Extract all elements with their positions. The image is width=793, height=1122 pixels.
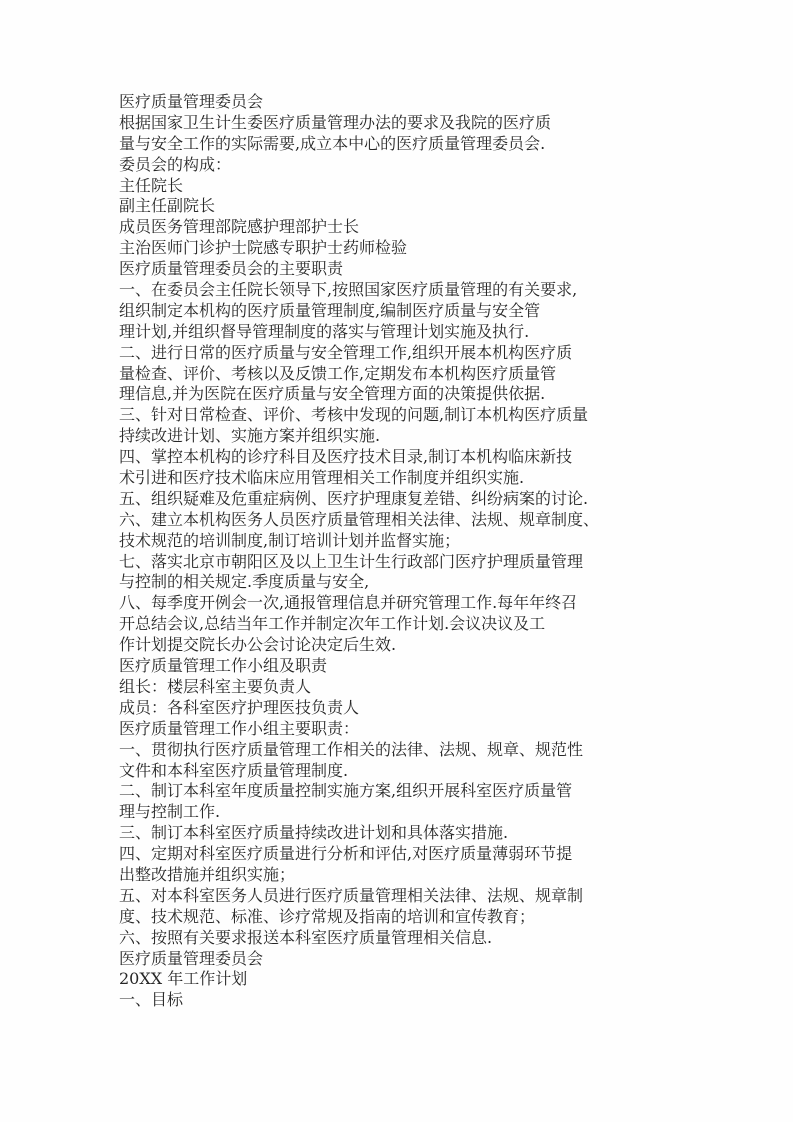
- document-line: 成员：各科室医疗护理医技负责人: [119, 698, 679, 719]
- document-line: 主治医师门诊护士院感专职护士药师检验: [119, 238, 679, 259]
- document-line: 七、落实北京市朝阳区及以上卫生计生行政部门医疗护理质量管理: [119, 552, 679, 573]
- document-line: 三、针对日常检查、评价、考核中发现的问题,制订本机构医疗质量: [119, 405, 679, 426]
- document-line: 术引进和医疗技术临床应用管理相关工作制度并组织实施.: [119, 468, 679, 489]
- document-line: 量检查、评价、考核以及反馈工作,定期发布本机构医疗质量管: [119, 364, 679, 385]
- document-line: 度、技术规范、标准、诊疗常规及指南的培训和宣传教育；: [119, 907, 679, 928]
- document-line: 理信息,并为医院在医疗质量与安全管理方面的决策提供依据.: [119, 384, 679, 405]
- document-line: 理与控制工作.: [119, 802, 679, 823]
- document-line: 副主任副院长: [119, 196, 679, 217]
- document-line: 量与安全工作的实际需要,成立本中心的医疗质量管理委员会.: [119, 134, 679, 155]
- document-line: 根据国家卫生计生委医疗质量管理办法的要求及我院的医疗质: [119, 113, 679, 134]
- document-line: 一、在委员会主任院长领导下,按照国家医疗质量管理的有关要求,: [119, 280, 679, 301]
- document-line: 理计划,并组织督导管理制度的落实与管理计划实施及执行.: [119, 322, 679, 343]
- document-line: 二、进行日常的医疗质量与安全管理工作,组织开展本机构医疗质: [119, 343, 679, 364]
- document-line: 持续改进计划、实施方案并组织实施.: [119, 426, 679, 447]
- document-line: 开总结会议,总结当年工作并制定次年工作计划.会议决议及工: [119, 614, 679, 635]
- document-line: 与控制的相关规定.季度质量与安全,: [119, 572, 679, 593]
- document-line: 六、建立本机构医务人员医疗质量管理相关法律、法规、规章制度、: [119, 510, 679, 531]
- document-line: 医疗质量管理委员会: [119, 92, 679, 113]
- document-line: 技术规范的培训制度,制订培训计划并监督实施；: [119, 531, 679, 552]
- document-line: 组织制定本机构的医疗质量管理制度,编制医疗质量与安全管: [119, 301, 679, 322]
- document-line: 作计划提交院长办公会讨论决定后生效.: [119, 635, 679, 656]
- document-line: 四、定期对科室医疗质量进行分析和评估,对医疗质量薄弱环节提: [119, 844, 679, 865]
- document-page: 医疗质量管理委员会根据国家卫生计生委医疗质量管理办法的要求及我院的医疗质量与安全…: [0, 0, 793, 1122]
- document-line: 文件和本科室医疗质量管理制度.: [119, 761, 679, 782]
- document-line: 主任院长: [119, 176, 679, 197]
- document-line: 四、掌控本机构的诊疗科目及医疗技术目录,制订本机构临床新技: [119, 447, 679, 468]
- document-line: 六、按照有关要求报送本科室医疗质量管理相关信息.: [119, 928, 679, 949]
- document-line: 三、制订本科室医疗质量持续改进计划和具体落实措施.: [119, 823, 679, 844]
- document-line: 二、制订本科室年度质量控制实施方案,组织开展科室医疗质量管: [119, 781, 679, 802]
- document-line: 一、目标: [119, 990, 679, 1011]
- document-line: 成员医务管理部院感护理部护士长: [119, 217, 679, 238]
- document-text-block: 医疗质量管理委员会根据国家卫生计生委医疗质量管理办法的要求及我院的医疗质量与安全…: [119, 92, 679, 1011]
- document-line: 20XX 年工作计划: [119, 969, 679, 990]
- document-line: 医疗质量管理工作小组及职责: [119, 656, 679, 677]
- document-line: 五、组织疑难及危重症病例、医疗护理康复差错、纠纷病案的讨论.: [119, 489, 679, 510]
- document-line: 组长：楼层科室主要负责人: [119, 677, 679, 698]
- document-line: 八、每季度开例会一次,通报管理信息并研究管理工作.每年年终召: [119, 593, 679, 614]
- document-line: 五、对本科室医务人员进行医疗质量管理相关法律、法规、规章制: [119, 886, 679, 907]
- document-line: 出整改措施并组织实施；: [119, 865, 679, 886]
- document-line: 医疗质量管理委员会: [119, 949, 679, 970]
- document-line: 一、贯彻执行医疗质量管理工作相关的法律、法规、规章、规范性: [119, 740, 679, 761]
- document-line: 医疗质量管理委员会的主要职责: [119, 259, 679, 280]
- document-line: 委员会的构成：: [119, 155, 679, 176]
- document-line: 医疗质量管理工作小组主要职责：: [119, 719, 679, 740]
